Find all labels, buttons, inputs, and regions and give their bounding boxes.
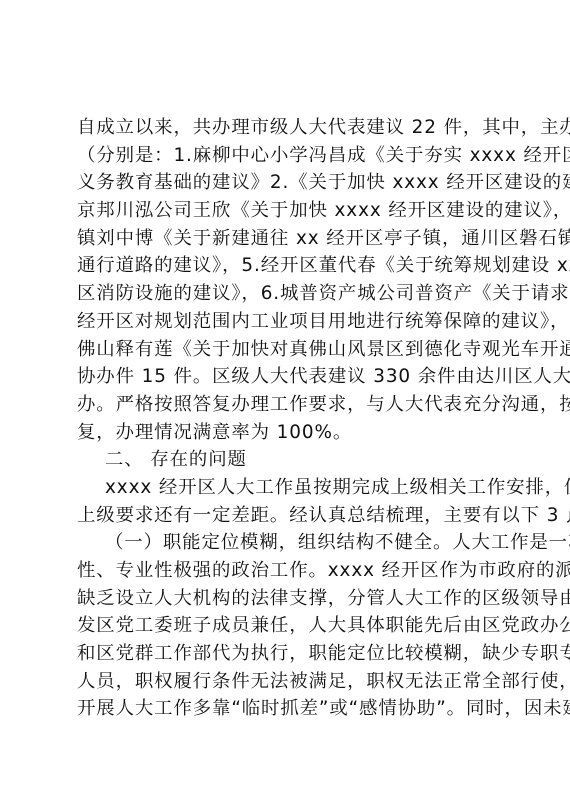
- text-line: 复，办理情况满意率为 100%。: [77, 419, 489, 447]
- text-line: 性、专业性极强的政治工作。xxxx 经开区作为市政府的派出机构，: [77, 557, 489, 585]
- text-line: 京邦川泓公司王欣《关于加快 xxxx 经开区建设的建议》，4.磐石: [77, 197, 489, 225]
- document-page: 自成立以来，共办理市级人大代表建议 22 件，其中，主办件 7 件 （分别是：1…: [0, 0, 570, 807]
- paragraph-first-line: xxxx 经开区人大工作虽按期完成上级相关工作安排，但离: [77, 474, 489, 502]
- text-line: 缺乏设立人大机构的法律支撑，分管人大工作的区级领导由开: [77, 585, 489, 613]
- text-line: 通行道路的建议》，5.经开区董代春《关于统筹规划建设 xx 经开: [77, 252, 489, 280]
- text-line: 镇刘中博《关于新建通往 xx 经开区亭子镇，通川区磐石镇主要: [77, 225, 489, 253]
- text-line: 开展人大工作多靠“临时抓差”或“感情协助”。同时，因未建立人: [77, 695, 489, 723]
- text-line: 经开区对规划范围内工业项目用地进行统筹保障的建议》，7.真: [77, 308, 489, 336]
- text-line: 人员，职权履行条件无法被满足，职权无法正常全部行使，组织: [77, 668, 489, 696]
- text-line: 佛山释有莲《关于加快对真佛山风景区到德化寺观光车开通》），: [77, 336, 489, 364]
- text-line: 义务教育基础的建议》2.《关于加快 xxxx 经开区建设的建议》，3.: [77, 169, 489, 197]
- document-body: 自成立以来，共办理市级人大代表建议 22 件，其中，主办件 7 件 （分别是：1…: [77, 114, 489, 723]
- text-line: 上级要求还有一定差距。经认真总结梳理，主要有以下 3 点：: [77, 502, 489, 530]
- text-line: 和区党群工作部代为执行，职能定位比较模糊，缺少专职专班和: [77, 640, 489, 668]
- text-line: 协办件 15 件。区级人大代表建议 330 余件由达川区人大进行转: [77, 363, 489, 391]
- text-line: 发区党工委班子成员兼任，人大具体职能先后由区党政办公室: [77, 612, 489, 640]
- section-heading: 二、 存在的问题: [77, 446, 489, 474]
- subsection-first-line: （一）职能定位模糊，组织结构不健全。人大工作是一项法律: [77, 529, 489, 557]
- text-line: 办。严格按照答复办理工作要求，与人大代表充分沟通，按期答: [77, 391, 489, 419]
- text-line: 自成立以来，共办理市级人大代表建议 22 件，其中，主办件 7 件: [77, 114, 489, 142]
- text-line: （分别是：1.麻柳中心小学冯昌成《关于夯实 xxxx 经开区麻柳镇: [77, 142, 489, 170]
- text-line: 区消防设施的建议》，6.城普资产城公司普资产《关于请求 xxxx: [77, 280, 489, 308]
